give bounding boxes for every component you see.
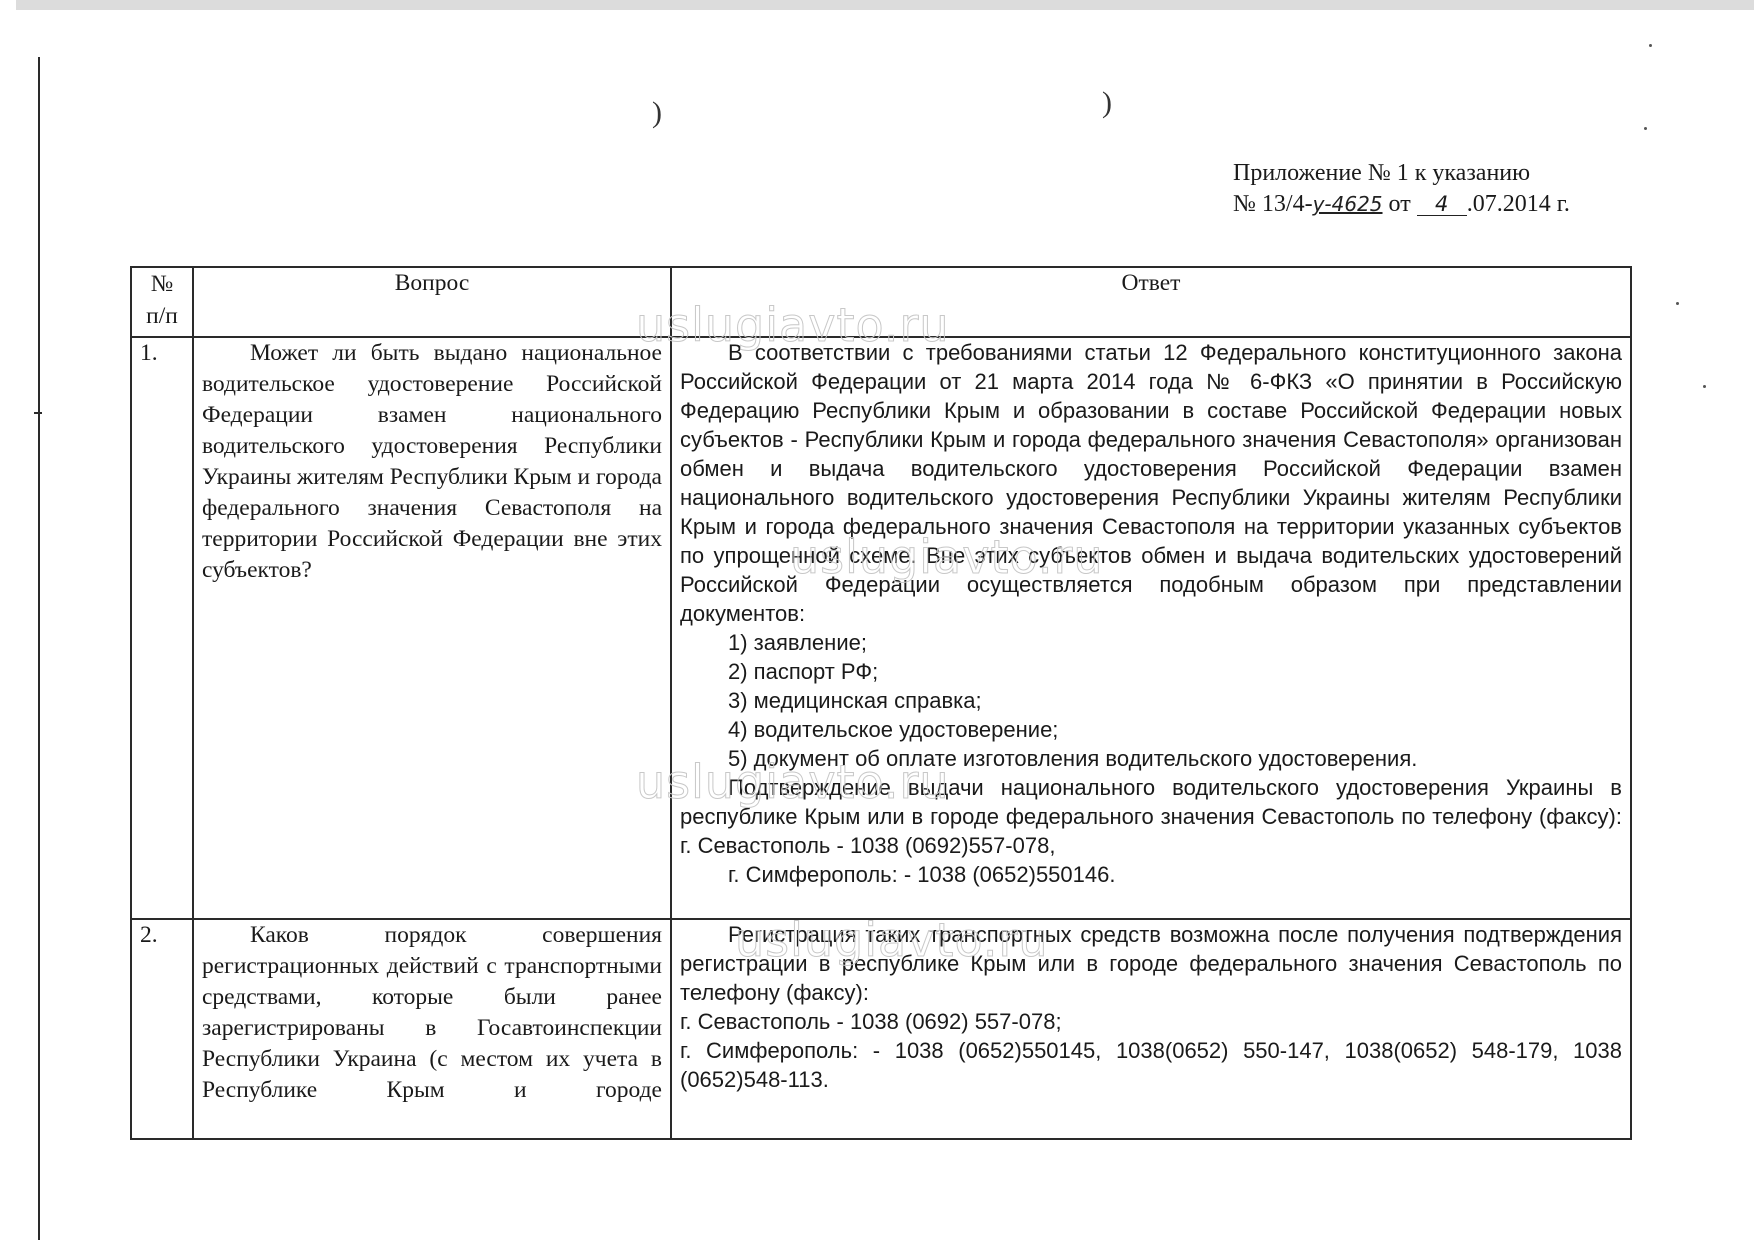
- document-list-item: 3) медицинская справка;: [680, 686, 1622, 715]
- answer-confirmation: Подтверждение выдачи национального водит…: [680, 773, 1622, 860]
- margin-tick-mark: [34, 412, 42, 414]
- phone-simferopol: г. Симферополь: - 1038 (0652)550146.: [680, 860, 1622, 889]
- binding-margin-line: [38, 57, 40, 1240]
- row-number: 1.: [131, 337, 193, 919]
- question-cell: Каков порядок совершения регистрационных…: [193, 919, 671, 1139]
- handwritten-day: 4: [1417, 193, 1467, 216]
- question-text: Может ли быть выдано национальное водите…: [202, 338, 662, 586]
- punch-hole-mark: ): [652, 98, 662, 128]
- table-row: 2. Каков порядок совершения регистрацион…: [131, 919, 1631, 1139]
- header-number: № п/п: [131, 267, 193, 337]
- phone-simferopol: г. Симферополь: - 1038 (0652)550145, 103…: [680, 1036, 1622, 1094]
- header-answer: Ответ: [671, 267, 1631, 337]
- scan-speck: [1644, 127, 1647, 130]
- appendix-reference: № 13/4-у-4625 от 4.07.2014 г.: [1233, 189, 1633, 220]
- scan-speck: [1649, 44, 1652, 47]
- header-question: Вопрос: [193, 267, 671, 337]
- qa-table: № п/п Вопрос Ответ 1. Может ли быть выда…: [130, 266, 1632, 1140]
- handwritten-order-number: у-4625: [1313, 192, 1383, 216]
- scan-speck: [1676, 302, 1679, 305]
- document-list-item: 5) документ об оплате изготовления водит…: [680, 744, 1622, 773]
- document-list-item: 4) водительское удостоверение;: [680, 715, 1622, 744]
- scan-edge-band: [16, 0, 1754, 10]
- row-number: 2.: [131, 919, 193, 1139]
- question-cell: Может ли быть выдано национальное водите…: [193, 337, 671, 919]
- table-header-row: № п/п Вопрос Ответ: [131, 267, 1631, 337]
- appendix-title: Приложение № 1 к указанию: [1233, 158, 1633, 189]
- answer-intro: В соответствии с требованиями статьи 12 …: [680, 338, 1622, 628]
- punch-hole-mark: ): [1102, 88, 1112, 118]
- document-list-item: 1) заявление;: [680, 628, 1622, 657]
- phone-sevastopol: г. Севастополь - 1038 (0692) 557-078;: [680, 1007, 1622, 1036]
- scan-speck: [1703, 385, 1706, 388]
- answer-cell: Регистрация таких транспортных средств в…: [671, 919, 1631, 1139]
- appendix-header: Приложение № 1 к указанию № 13/4-у-4625 …: [1233, 158, 1633, 220]
- document-list-item: 2) паспорт РФ;: [680, 657, 1622, 686]
- answer-intro: Регистрация таких транспортных средств в…: [680, 920, 1622, 1007]
- table-row: 1. Может ли быть выдано национальное вод…: [131, 337, 1631, 919]
- answer-cell: В соответствии с требованиями статьи 12 …: [671, 337, 1631, 919]
- question-text: Каков порядок совершения регистрационных…: [202, 920, 662, 1106]
